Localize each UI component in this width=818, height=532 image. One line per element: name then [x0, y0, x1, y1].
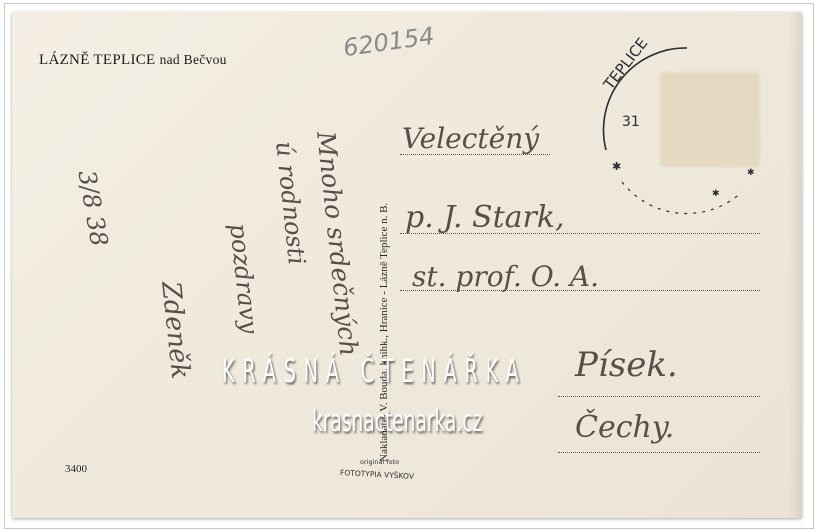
- title-main: LÁZNĚ TEPLICE: [39, 52, 156, 68]
- svg-text:✱: ✱: [612, 161, 621, 173]
- svg-text:✱: ✱: [747, 167, 755, 177]
- watermark-url: krasnactenarka.cz: [312, 404, 482, 439]
- photo-credit-small: original foto: [360, 458, 399, 466]
- svg-text:✱: ✱: [712, 188, 720, 198]
- address-town: Písek.: [575, 345, 678, 385]
- address-title: st. prof. O. A.: [412, 260, 599, 293]
- address-name: p. J. Stark,: [405, 200, 565, 235]
- address-salutation: Velectěný: [402, 122, 539, 155]
- watermark-brand: KRÁSNÁ ČTENÁŘKA: [222, 352, 527, 390]
- title-rest: nad Bečvou: [160, 52, 227, 67]
- address-country: Čechy.: [575, 410, 674, 445]
- printed-title: LÁZNĚ TEPLICE nad Bečvou: [39, 52, 227, 69]
- postmark-day: 31: [622, 114, 640, 130]
- address-line-5: [558, 452, 760, 453]
- address-line-4: [558, 396, 760, 397]
- postmark: ✱ ✱ ✱ TEPLICE 31: [592, 42, 767, 217]
- serial-number: 3400: [65, 463, 87, 475]
